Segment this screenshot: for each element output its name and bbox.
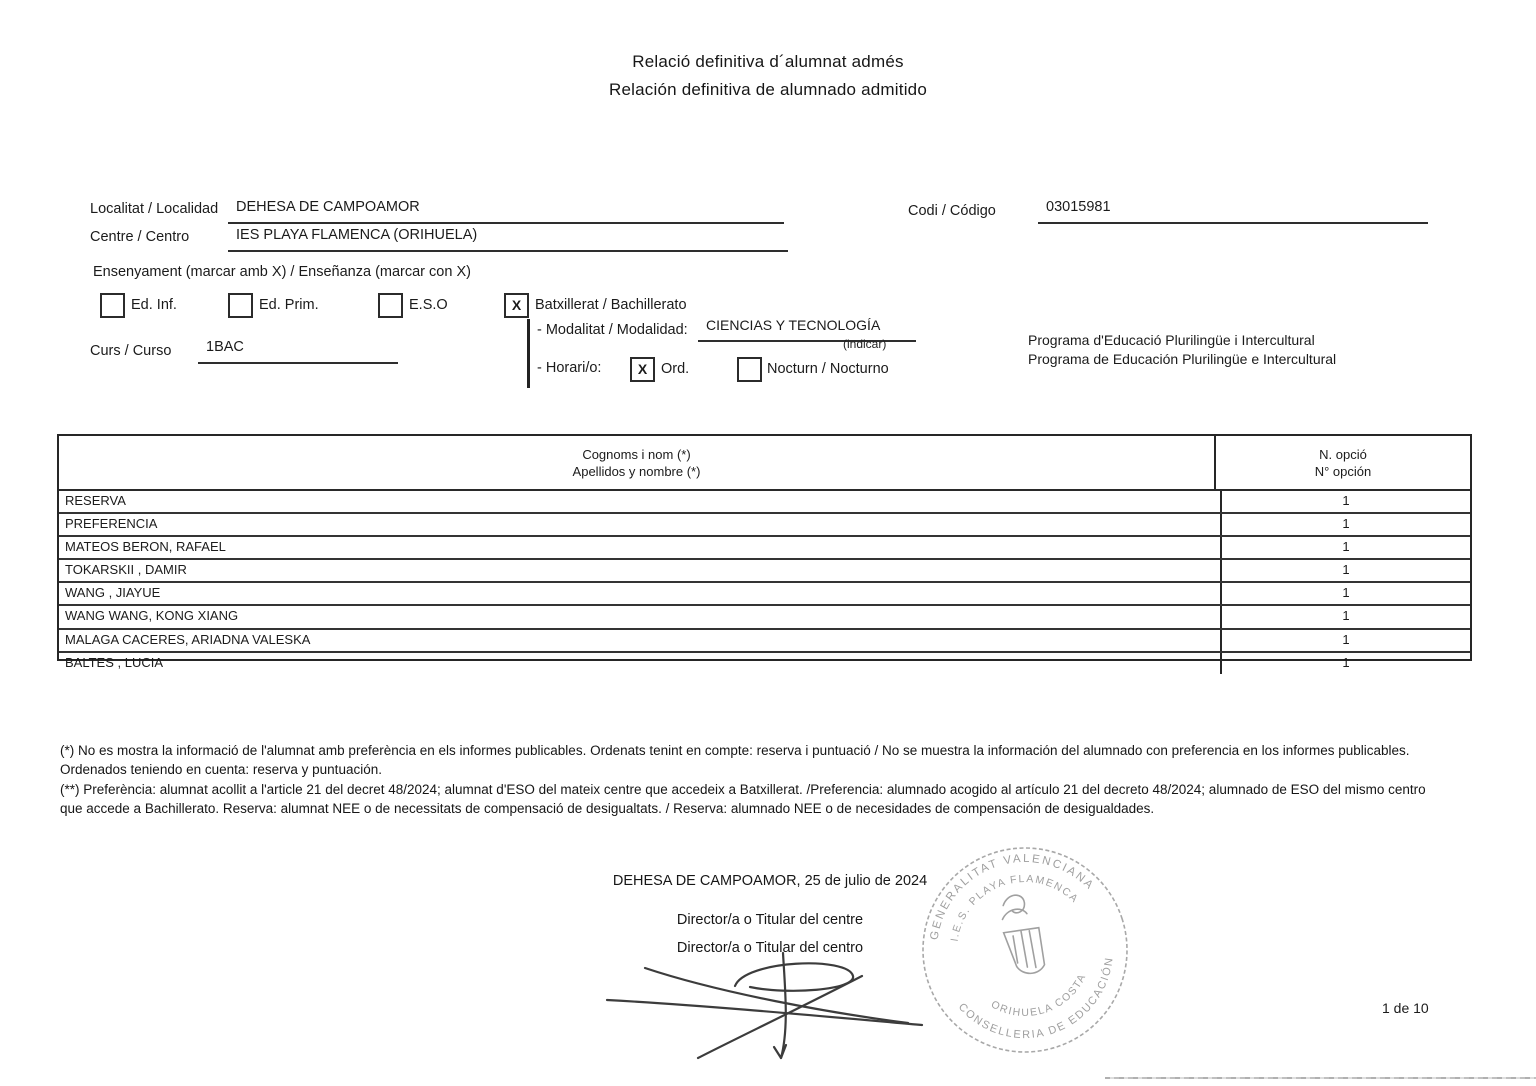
- horari-ord-label: Ord.: [661, 361, 689, 377]
- header-name-line1: Cognoms i nom (*): [582, 446, 690, 463]
- horari-label: - Horari/o:: [537, 360, 601, 376]
- checkbox-ed-inf-label: Ed. Inf.: [131, 297, 177, 313]
- programa-line2: Programa de Educación Plurilingüe e Inte…: [1028, 351, 1336, 367]
- codi-field: 03015981: [1038, 199, 1428, 224]
- director-line-valencian: Director/a o Titular del centre: [620, 912, 920, 928]
- option-number: 1: [1220, 491, 1470, 512]
- table-header: Cognoms i nom (*) Apellidos y nombre (*)…: [59, 436, 1470, 491]
- stamp-coat-of-arms-icon: [994, 891, 1052, 978]
- ensenyament-label: Ensenyament (marcar amb X) / Enseñanza (…: [93, 264, 471, 280]
- checkbox-eso-label: E.S.O: [409, 297, 448, 313]
- modalitat-bracket-line: [527, 319, 530, 388]
- table-row: BALTES , LUCIA 1: [59, 653, 1470, 674]
- table-row: MALAGA CACERES, ARIADNA VALESKA 1: [59, 630, 1470, 653]
- handwritten-signature: [590, 943, 950, 1083]
- centre-field: IES PLAYA FLAMENCA (ORIHUELA): [228, 227, 788, 252]
- programa-line1: Programa d'Educació Plurilingüe i Interc…: [1028, 332, 1315, 348]
- header-option-line1: N. opció: [1319, 446, 1367, 463]
- header-name-line2: Apellidos y nombre (*): [573, 463, 701, 480]
- localitat-field: DEHESA DE CAMPOAMOR: [228, 199, 784, 224]
- checkbox-batxillerat-label: Batxillerat / Bachillerato: [535, 297, 687, 313]
- student-name: TOKARSKII , DAMIR: [59, 560, 1220, 581]
- table-row: WANG , JIAYUE 1: [59, 583, 1470, 606]
- student-name: MALAGA CACERES, ARIADNA VALESKA: [59, 630, 1220, 651]
- option-number: 1: [1220, 630, 1470, 651]
- student-name: PREFERENCIA: [59, 514, 1220, 535]
- student-name: MATEOS BERON, RAFAEL: [59, 537, 1220, 558]
- option-number: 1: [1220, 653, 1470, 674]
- curs-field: 1BAC: [198, 339, 398, 364]
- checkbox-ed-prim: [228, 293, 253, 318]
- table-row: MATEOS BERON, RAFAEL 1: [59, 537, 1470, 560]
- option-number: 1: [1220, 606, 1470, 627]
- scanned-document-page: Relació definitiva d´alumnat admés Relac…: [0, 0, 1536, 1086]
- horari-nocturn-label: Nocturn / Nocturno: [767, 361, 889, 377]
- checkbox-horari-ord: X: [630, 357, 655, 382]
- checkbox-ed-inf: [100, 293, 125, 318]
- localitat-label: Localitat / Localidad: [90, 201, 218, 217]
- table-row: PREFERENCIA 1: [59, 514, 1470, 537]
- page-title-spanish: Relación definitiva de alumnado admitido: [0, 80, 1536, 100]
- modalitat-label: - Modalitat / Modalidad:: [537, 322, 688, 338]
- footnote-line: (*) No es mostra la informació de l'alum…: [60, 743, 1410, 758]
- page-title-valencian: Relació definitiva d´alumnat admés: [0, 52, 1536, 72]
- student-name: WANG WANG, KONG XIANG: [59, 606, 1220, 627]
- checkbox-ed-prim-label: Ed. Prim.: [259, 297, 319, 313]
- checkbox-batxillerat: X: [504, 293, 529, 318]
- checkbox-eso: [378, 293, 403, 318]
- footnote-line: (**) Preferència: alumnat acollit a l'ar…: [60, 782, 1426, 797]
- modalitat-hint: (indicar): [843, 337, 886, 351]
- table-row: TOKARSKII , DAMIR 1: [59, 560, 1470, 583]
- header-option-line2: N° opción: [1315, 463, 1372, 480]
- checkbox-horari-nocturn: [737, 357, 762, 382]
- centre-label: Centre / Centro: [90, 229, 189, 245]
- codi-label: Codi / Código: [908, 203, 996, 219]
- student-name: WANG , JIAYUE: [59, 583, 1220, 604]
- page-indicator: 1 de 10: [1382, 1000, 1429, 1016]
- curs-label: Curs / Curso: [90, 343, 171, 359]
- footnote-line: que accede a Bachillerato. Reserva: alum…: [60, 801, 1154, 816]
- option-number: 1: [1220, 560, 1470, 581]
- student-name: BALTES , LUCIA: [59, 653, 1220, 674]
- table-row: RESERVA 1: [59, 491, 1470, 514]
- option-number: 1: [1220, 537, 1470, 558]
- scan-artifact-line: [1105, 1077, 1536, 1079]
- footnote-line: Ordenados teniendo en cuenta: reserva y …: [60, 762, 382, 777]
- table-row: WANG WANG, KONG XIANG 1: [59, 606, 1470, 629]
- official-stamp: GENERALITAT VALENCIANA I.E.S. PLAYA FLAM…: [918, 843, 1132, 1057]
- student-name: RESERVA: [59, 491, 1220, 512]
- option-number: 1: [1220, 583, 1470, 604]
- admitted-students-table: Cognoms i nom (*) Apellidos y nombre (*)…: [57, 434, 1472, 661]
- option-number: 1: [1220, 514, 1470, 535]
